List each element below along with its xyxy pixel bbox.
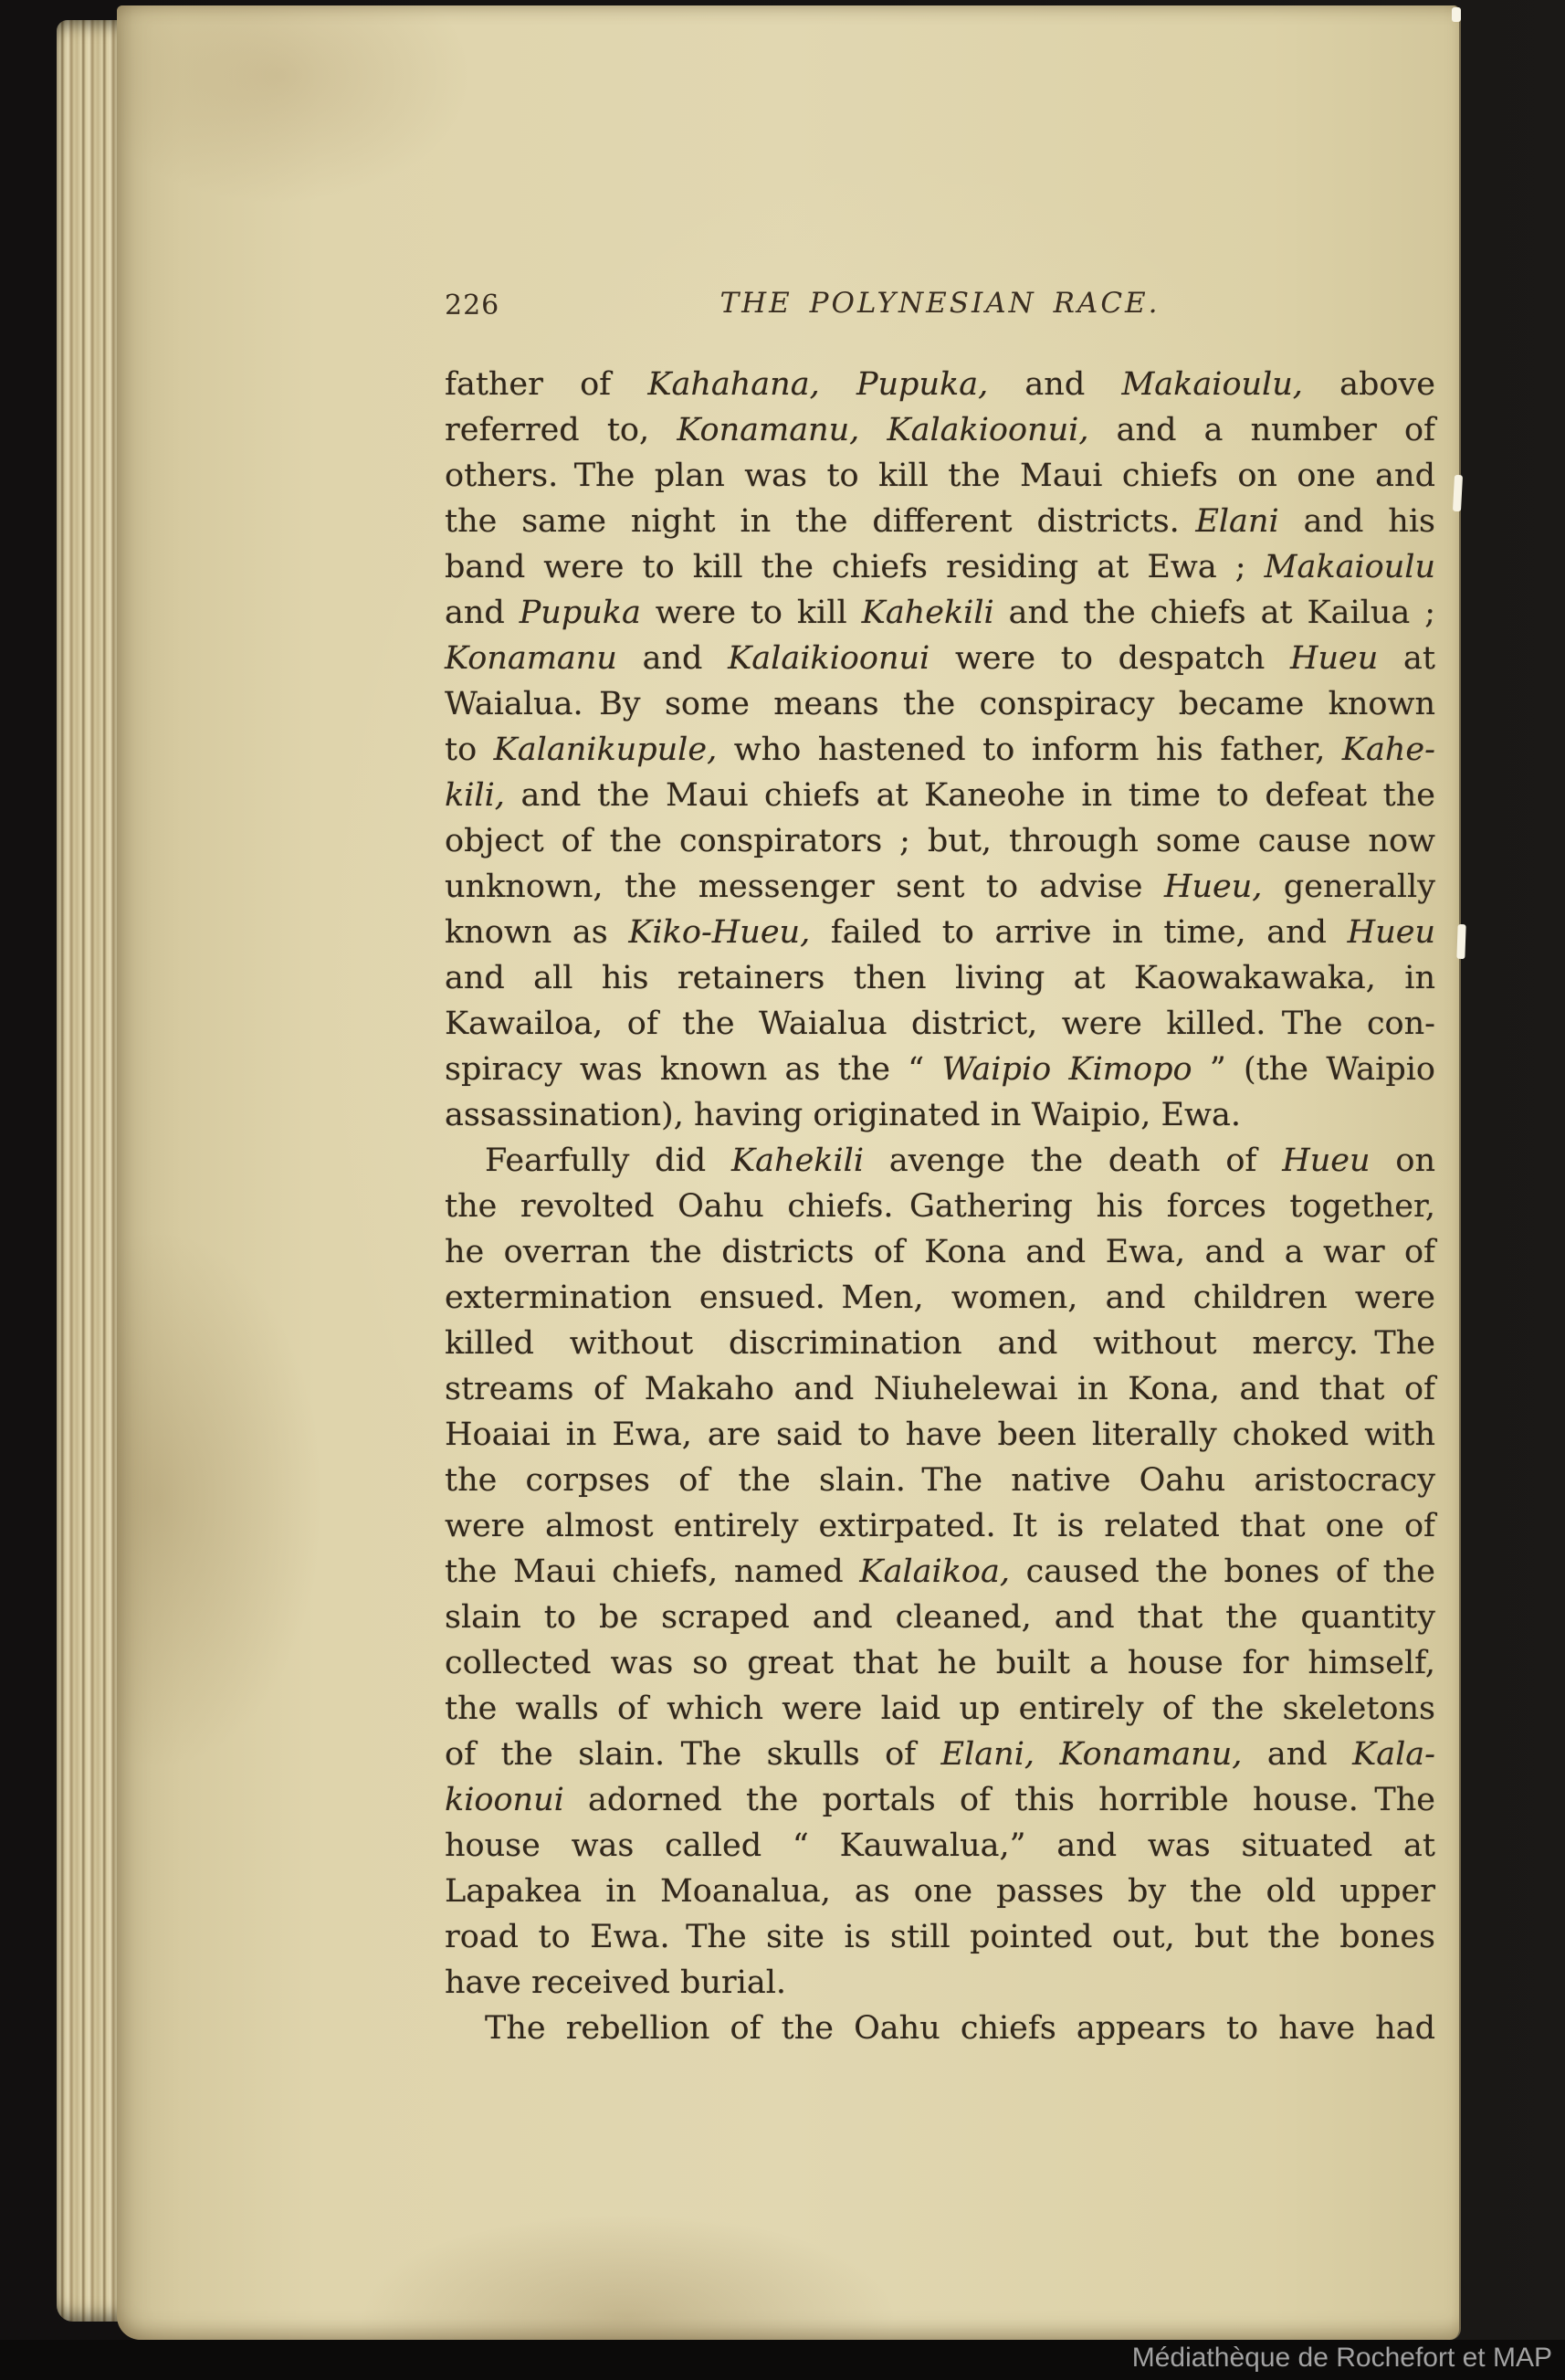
text-line: have received burial.	[445, 1960, 1435, 2006]
text-line: band were to kill the chiefs residing at…	[445, 544, 1435, 590]
text-line: he overran the districts of Kona and Ewa…	[445, 1229, 1435, 1275]
text-line: assassination), having originated in Wai…	[445, 1092, 1435, 1138]
text-line: Hoaiai in Ewa, are said to have been lit…	[445, 1412, 1435, 1458]
text-line: known as Kiko-Hueu, failed to arrive in …	[445, 910, 1435, 955]
text-line: others. The plan was to kill the Maui ch…	[445, 453, 1435, 499]
page-edge-highlight	[1453, 475, 1463, 511]
text-line: Fearfully did Kahekili avenge the death …	[445, 1138, 1435, 1184]
text-line: killed without discrimination and withou…	[445, 1321, 1435, 1366]
text-line: were almost entirely extirpated. It is r…	[445, 1503, 1435, 1549]
text-line: of the slain. The skulls of Elani, Konam…	[445, 1732, 1435, 1777]
text-line: to Kalanikupule, who hastened to inform …	[445, 727, 1435, 773]
text-line: spiracy was known as the “ Waipio Kimopo…	[445, 1047, 1435, 1092]
text-line: the walls of which were laid up entirely…	[445, 1686, 1435, 1732]
text-line: slain to be scraped and cleaned, and tha…	[445, 1595, 1435, 1640]
book-scan: 226 THE POLYNESIAN RACE. father of Kahah…	[0, 0, 1565, 2380]
text-line: Waialua. By some means the conspiracy be…	[445, 681, 1435, 727]
text-line: object of the conspirators ; but, throug…	[445, 818, 1435, 864]
text-line: referred to, Konamanu, Kalakioonui, and …	[445, 407, 1435, 453]
text-line: The rebellion of the Oahu chiefs appears…	[445, 2006, 1435, 2051]
text-line: the corpses of the slain. The native Oah…	[445, 1458, 1435, 1503]
text-line: the same night in the different district…	[445, 499, 1435, 544]
text-line: and Pupuka were to kill Kahekili and the…	[445, 590, 1435, 636]
paragraph: The rebellion of the Oahu chiefs appears…	[445, 2006, 1435, 2051]
paragraph: Fearfully did Kahekili avenge the death …	[445, 1138, 1435, 2006]
watermark-bar: Médiathèque de Rochefort et MAP	[0, 2340, 1565, 2380]
watermark-text: Médiathèque de Rochefort et MAP	[1132, 2340, 1552, 2380]
book-page: 226 THE POLYNESIAN RACE. father of Kahah…	[117, 5, 1461, 2340]
page-edge-stack	[57, 20, 121, 2322]
text-line: house was called “ Kauwalua,” and was si…	[445, 1823, 1435, 1869]
paragraph: father of Kahahana, Pupuka, and Makaioul…	[445, 362, 1435, 1138]
text-line: streams of Makaho and Niuhelewai in Kona…	[445, 1366, 1435, 1412]
page-edge-highlight	[1456, 924, 1465, 959]
text-line: kioonui adorned the portals of this horr…	[445, 1777, 1435, 1823]
text-line: extermination ensued. Men, women, and ch…	[445, 1275, 1435, 1321]
text-line: father of Kahahana, Pupuka, and Makaioul…	[445, 362, 1435, 407]
text-line: kili, and the Maui chiefs at Kaneohe in …	[445, 773, 1435, 818]
text-line: the Maui chiefs, named Kalaikoa, caused …	[445, 1549, 1435, 1595]
text-line: Lapakea in Moanalua, as one passes by th…	[445, 1869, 1435, 1914]
text-line: road to Ewa. The site is still pointed o…	[445, 1914, 1435, 1960]
text-line: the revolted Oahu chiefs. Gathering his …	[445, 1184, 1435, 1229]
body-text: father of Kahahana, Pupuka, and Makaioul…	[445, 362, 1435, 2051]
page-edge-highlight	[1452, 7, 1461, 22]
page-header: 226 THE POLYNESIAN RACE.	[445, 287, 1435, 327]
text-line: collected was so great that he built a h…	[445, 1640, 1435, 1686]
text-line: Konamanu and Kalaikioonui were to despat…	[445, 636, 1435, 681]
text-line: Kawailoa, of the Waialua district, were …	[445, 1001, 1435, 1047]
running-title: THE POLYNESIAN RACE.	[445, 287, 1435, 320]
text-line: unknown, the messenger sent to advise Hu…	[445, 864, 1435, 910]
text-line: and all his retainers then living at Kao…	[445, 955, 1435, 1001]
